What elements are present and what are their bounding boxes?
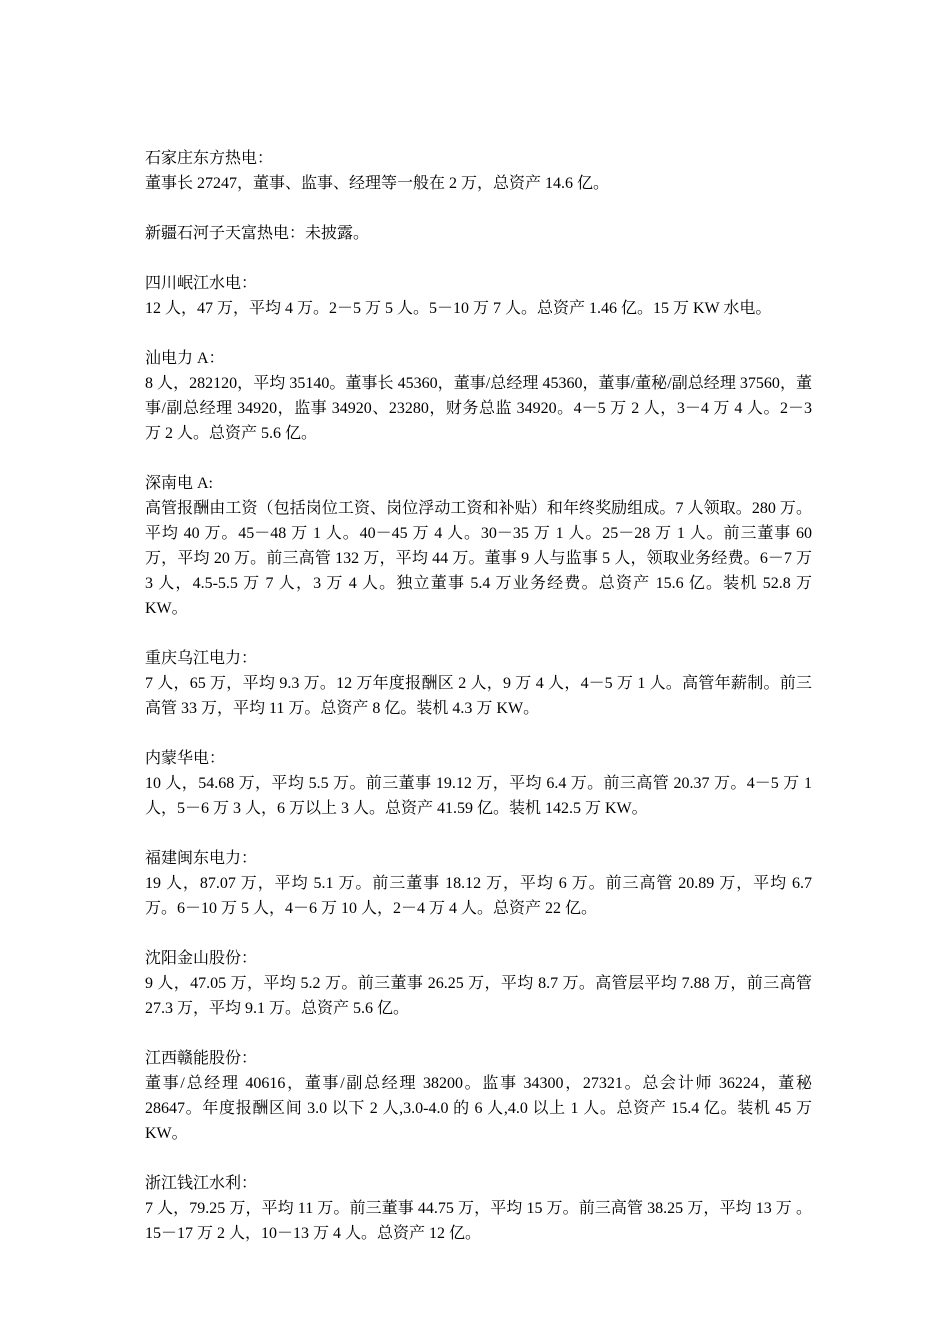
section-heading: 浙江钱江水利： [145, 1171, 812, 1196]
document-section: 内蒙华电： 10 人，54.68 万，平均 5.5 万。前三董事 19.12 万… [145, 746, 812, 821]
section-heading: 石家庄东方热电： [145, 146, 812, 171]
section-body: 高管报酬由工资（包括岗位工资、岗位浮动工资和补贴）和年终奖励组成。7 人领取。2… [145, 496, 812, 621]
section-body: 董事长 27247，董事、监事、经理等一般在 2 万，总资产 14.6 亿。 [145, 171, 812, 196]
section-heading: 内蒙华电： [145, 746, 812, 771]
section-heading: 重庆乌江电力： [145, 646, 812, 671]
section-body: 7 人，79.25 万，平均 11 万。前三董事 44.75 万，平均 15 万… [145, 1196, 812, 1246]
section-heading: 福建闽东电力： [145, 846, 812, 871]
document-section: 沈阳金山股份： 9 人，47.05 万，平均 5.2 万。前三董事 26.25 … [145, 946, 812, 1021]
document-section: 福建闽东电力： 19 人，87.07 万，平均 5.1 万。前三董事 18.12… [145, 846, 812, 921]
document-section: 江西赣能股份： 董事/总经理 40616，董事/副总经理 38200。监事 34… [145, 1046, 812, 1146]
section-body: 10 人，54.68 万，平均 5.5 万。前三董事 19.12 万，平均 6.… [145, 771, 812, 821]
document-content: 石家庄东方热电： 董事长 27247，董事、监事、经理等一般在 2 万，总资产 … [145, 146, 812, 1271]
document-section: 新疆石河子天富热电：未披露。 [145, 221, 812, 246]
document-section: 汕电力 A： 8 人，282120，平均 35140。董事长 45360，董事/… [145, 346, 812, 446]
document-section: 浙江钱江水利： 7 人，79.25 万，平均 11 万。前三董事 44.75 万… [145, 1171, 812, 1246]
section-body: 12 人，47 万，平均 4 万。2－5 万 5 人。5－10 万 7 人。总资… [145, 296, 812, 321]
document-page: 石家庄东方热电： 董事长 27247，董事、监事、经理等一般在 2 万，总资产 … [0, 0, 950, 1344]
section-body: 9 人，47.05 万，平均 5.2 万。前三董事 26.25 万，平均 8.7… [145, 971, 812, 1021]
section-heading: 江西赣能股份： [145, 1046, 812, 1071]
section-heading: 深南电 A: [145, 471, 812, 496]
document-section: 重庆乌江电力： 7 人，65 万，平均 9.3 万。12 万年度报酬区 2 人，… [145, 646, 812, 721]
section-body: 19 人，87.07 万，平均 5.1 万。前三董事 18.12 万，平均 6 … [145, 871, 812, 921]
section-heading: 沈阳金山股份： [145, 946, 812, 971]
section-heading: 四川岷江水电： [145, 271, 812, 296]
document-section: 石家庄东方热电： 董事长 27247，董事、监事、经理等一般在 2 万，总资产 … [145, 146, 812, 196]
document-section: 深南电 A: 高管报酬由工资（包括岗位工资、岗位浮动工资和补贴）和年终奖励组成。… [145, 471, 812, 621]
section-heading: 汕电力 A： [145, 346, 812, 371]
section-heading: 新疆石河子天富热电：未披露。 [145, 221, 812, 246]
section-body: 董事/总经理 40616，董事/副总经理 38200。监事 34300，2732… [145, 1071, 812, 1146]
section-body: 7 人，65 万，平均 9.3 万。12 万年度报酬区 2 人，9 万 4 人，… [145, 671, 812, 721]
document-section: 四川岷江水电： 12 人，47 万，平均 4 万。2－5 万 5 人。5－10 … [145, 271, 812, 321]
section-body: 8 人，282120，平均 35140。董事长 45360，董事/总经理 453… [145, 371, 812, 446]
